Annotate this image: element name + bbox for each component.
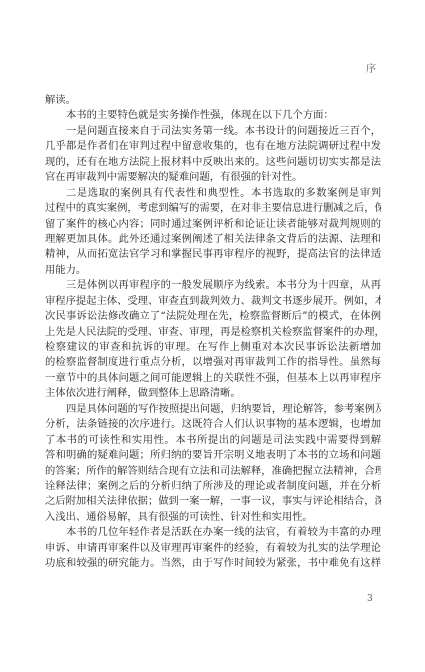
text-line: 本书的主要特色就是实务操作性强，体现在以下几个方面： [45, 108, 381, 123]
text-line: 解读。 [45, 93, 381, 108]
running-header: 序 [366, 64, 376, 76]
text-line: 审程序提起主体、受理、审查直到裁判效力、裁判文书逐步展开。例如，本 [45, 294, 381, 309]
text-line: 了本书的可读性和实用性。本书所提出的问题是司法实践中需要得到解 [45, 433, 381, 448]
paragraph: 解读。 [45, 93, 381, 108]
paragraph: 本书的几位年轻作者是活跃在办案一线的法官，有着较为丰富的办理 申诉、申请再审案件… [45, 525, 381, 571]
text-line: 诠释法律；案例之后的分析归纳了所涉及的理论或者制度问题，并在分析 [45, 479, 381, 494]
text-line: 一章节中的具体问题之间可能逻辑上的关联性不强，但基本上以再审程序 [45, 371, 381, 386]
text-line: 二是选取的案例具有代表性和典型性。本书选取的多数案例是审判 [45, 186, 381, 201]
text-line: 四是具体问题的写作按照提出问题，归纳要旨，理论解答，参考案例及 [45, 402, 381, 417]
text-line: 入浅出、通俗易解，具有很强的可读性、针对性和实用性。 [45, 510, 381, 525]
text-line: 理解更加具体。此外还通过案例阐述了相关法律条文背后的法源、法理和 [45, 232, 381, 247]
paragraph: 三是体例以再审程序的一般发展顺序为线索。本书分为十四章，从再 审程序提起主体、受… [45, 278, 381, 402]
text-line: 本书的几位年轻作者是活跃在办案一线的法官，有着较为丰富的办理 [45, 525, 381, 540]
text-line: 用能力。 [45, 263, 381, 278]
text-line: 之后附加相关法律依据；做到一案一解，一事一议，事实与评论相结合，深 [45, 494, 381, 509]
paragraph: 四是具体问题的写作按照提出问题，归纳要旨，理论解答，参考案例及 分析，法条链接的… [45, 402, 381, 526]
text-line: 分析，法条链接的次序进行。这既符合人们认识事物的基本逻辑，也增加 [45, 417, 381, 432]
text-line: 上先是人民法院的受理、审查、审理，再是检察机关检察监督案件的办理， [45, 325, 381, 340]
text-line: 的答案；所作的解答则结合现有立法和司法解释，准确把握立法精神，合理 [45, 464, 381, 479]
body-text: 解读。 本书的主要特色就是实务操作性强，体现在以下几个方面： 一是问题直接来自于… [45, 93, 381, 572]
text-line: 三是体例以再审程序的一般发展顺序为线索。本书分为十四章，从再 [45, 278, 381, 293]
text-line: 几乎都是作者们在审判过程中留意收集的，也有在地方法院调研过程中发 [45, 139, 381, 154]
text-line: 主体依次进行阐释，做到整体上思路清晰。 [45, 386, 381, 401]
paragraph: 本书的主要特色就是实务操作性强，体现在以下几个方面： [45, 108, 381, 123]
text-line: 现的，还有在地方法院上报材料中反映出来的。这些问题切切实实都是法 [45, 155, 381, 170]
text-line: 官在再审裁判中需要解决的疑难问题，有很强的针对性。 [45, 170, 381, 185]
text-line: 次民事诉讼法修改确立了“法院处理在先，检察监督断后”的模式，在体例 [45, 309, 381, 324]
text-line: 精神，从而拓宽法官学习和掌握民事再审程序的视野，提高法官的法律适 [45, 247, 381, 262]
paragraph: 二是选取的案例具有代表性和典型性。本书选取的多数案例是审判 过程中的真实案例，考… [45, 186, 381, 279]
text-line: 检察建议的审查和抗诉的审理。在写作上侧重对本次民事诉讼法新增加 [45, 340, 381, 355]
text-line: 申诉、申请再审案件以及审理再审案件的经验，有着较为扎实的法学理论 [45, 541, 381, 556]
text-line: 的检察监督制度进行重点分析，以增强对再审裁判工作的指导性。虽然每 [45, 355, 381, 370]
paragraph: 一是问题直接来自于司法实务第一线。本书设计的问题接近三百个， 几乎都是作者们在审… [45, 124, 381, 186]
text-line: 答和明确的疑难问题；所归纳的要旨开宗明义地表明了本书的立场和问题 [45, 448, 381, 463]
page-number: 3 [367, 594, 373, 605]
text-line: 留了案件的核心内容；同时通过案例评析和论证让读者能够对裁判规则的 [45, 217, 381, 232]
text-line: 一是问题直接来自于司法实务第一线。本书设计的问题接近三百个， [45, 124, 381, 139]
text-line: 过程中的真实案例，考虑到编写的需要，在对非主要信息进行删减之后，保 [45, 201, 381, 216]
text-line: 功底和较强的研究能力。当然，由于写作时间较为紧张，书中难免有这样 [45, 556, 381, 571]
